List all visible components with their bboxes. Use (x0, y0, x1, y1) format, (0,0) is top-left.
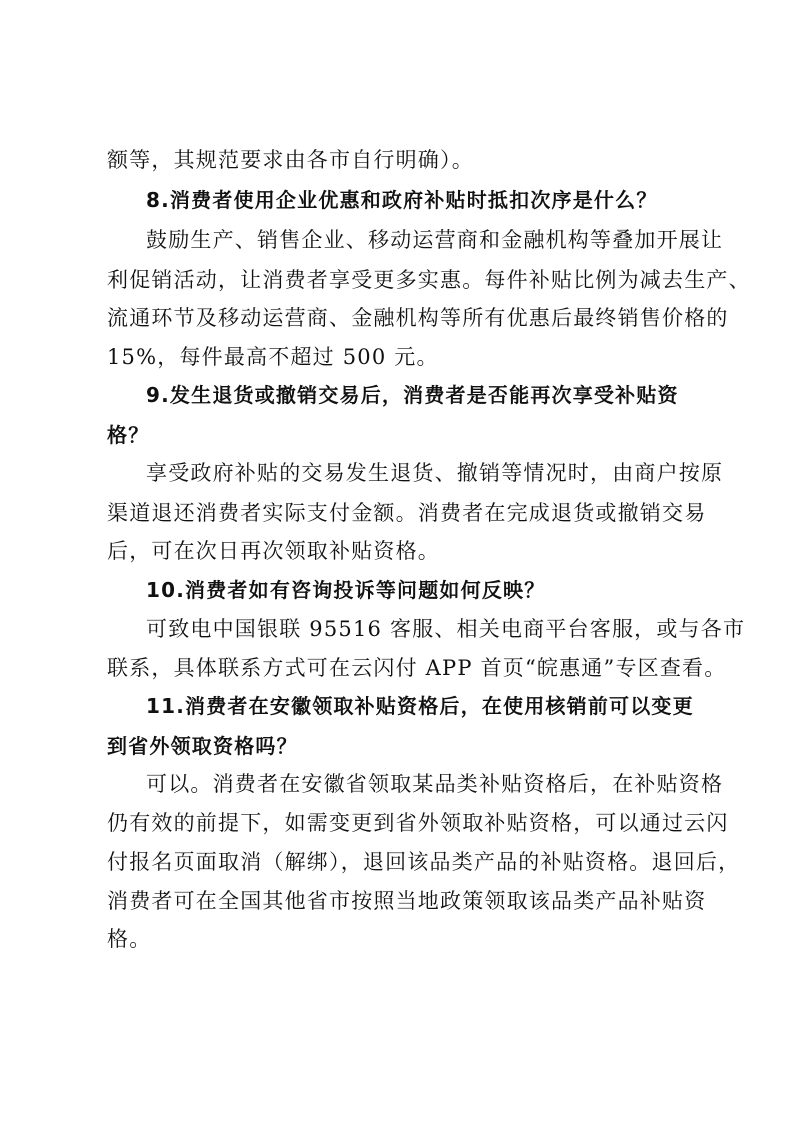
paragraph-line: 可以。消费者在安徽省领取某品类补贴资格后，在补贴资格 (146, 774, 732, 795)
paragraph-line: 消费者可在全国其他省市按照当地政策领取该品类产品补贴资 (107, 891, 693, 912)
question-heading: 9.发生退货或撤销交易后，消费者是否能再次享受补贴资 (146, 385, 732, 405)
paragraph-line: 利促销活动，让消费者享受更多实惠。每件补贴比例为减去生产、 (107, 270, 693, 291)
document-page: 额等，其规范要求由各市自行明确）。 8.消费者使用企业优惠和政府补贴时抵扣次序是… (0, 0, 793, 1122)
paragraph-line: 可致电中国银联 95516 客服、相关电商平台客服，或与各市 (146, 619, 732, 640)
paragraph-line: 享受政府补贴的交易发生退货、撤销等情况时，由商户按原 (146, 463, 732, 484)
question-heading: 格？ (107, 425, 693, 445)
question-heading: 8.消费者使用企业优惠和政府补贴时抵扣次序是什么？ (146, 190, 732, 210)
question-heading: 到省外领取资格吗？ (107, 736, 693, 756)
question-heading: 11.消费者在安徽领取补贴资格后，在使用核销前可以变更 (146, 696, 732, 716)
question-heading: 10.消费者如有咨询投诉等问题如何反映？ (146, 580, 732, 600)
paragraph-line: 格。 (107, 929, 693, 950)
paragraph-line: 联系，具体联系方式可在云闪付 APP 首页“皖惠通”专区查看。 (107, 658, 693, 679)
paragraph-line: 鼓励生产、销售企业、移动运营商和金融机构等叠加开展让 (146, 230, 732, 251)
paragraph-line: 额等，其规范要求由各市自行明确）。 (107, 150, 693, 171)
paragraph-line: 后，可在次日再次领取补贴资格。 (107, 541, 693, 562)
paragraph-line: 15%，每件最高不超过 500 元。 (107, 347, 693, 368)
paragraph-line: 渠道退还消费者实际支付金额。消费者在完成退货或撤销交易 (107, 503, 693, 524)
paragraph-line: 流通环节及移动运营商、金融机构等所有优惠后最终销售价格的 (107, 308, 693, 329)
paragraph-line: 付报名页面取消（解绑），退回该品类产品的补贴资格。退回后， (107, 852, 693, 873)
paragraph-line: 仍有效的前提下，如需变更到省外领取补贴资格，可以通过云闪 (107, 813, 693, 834)
